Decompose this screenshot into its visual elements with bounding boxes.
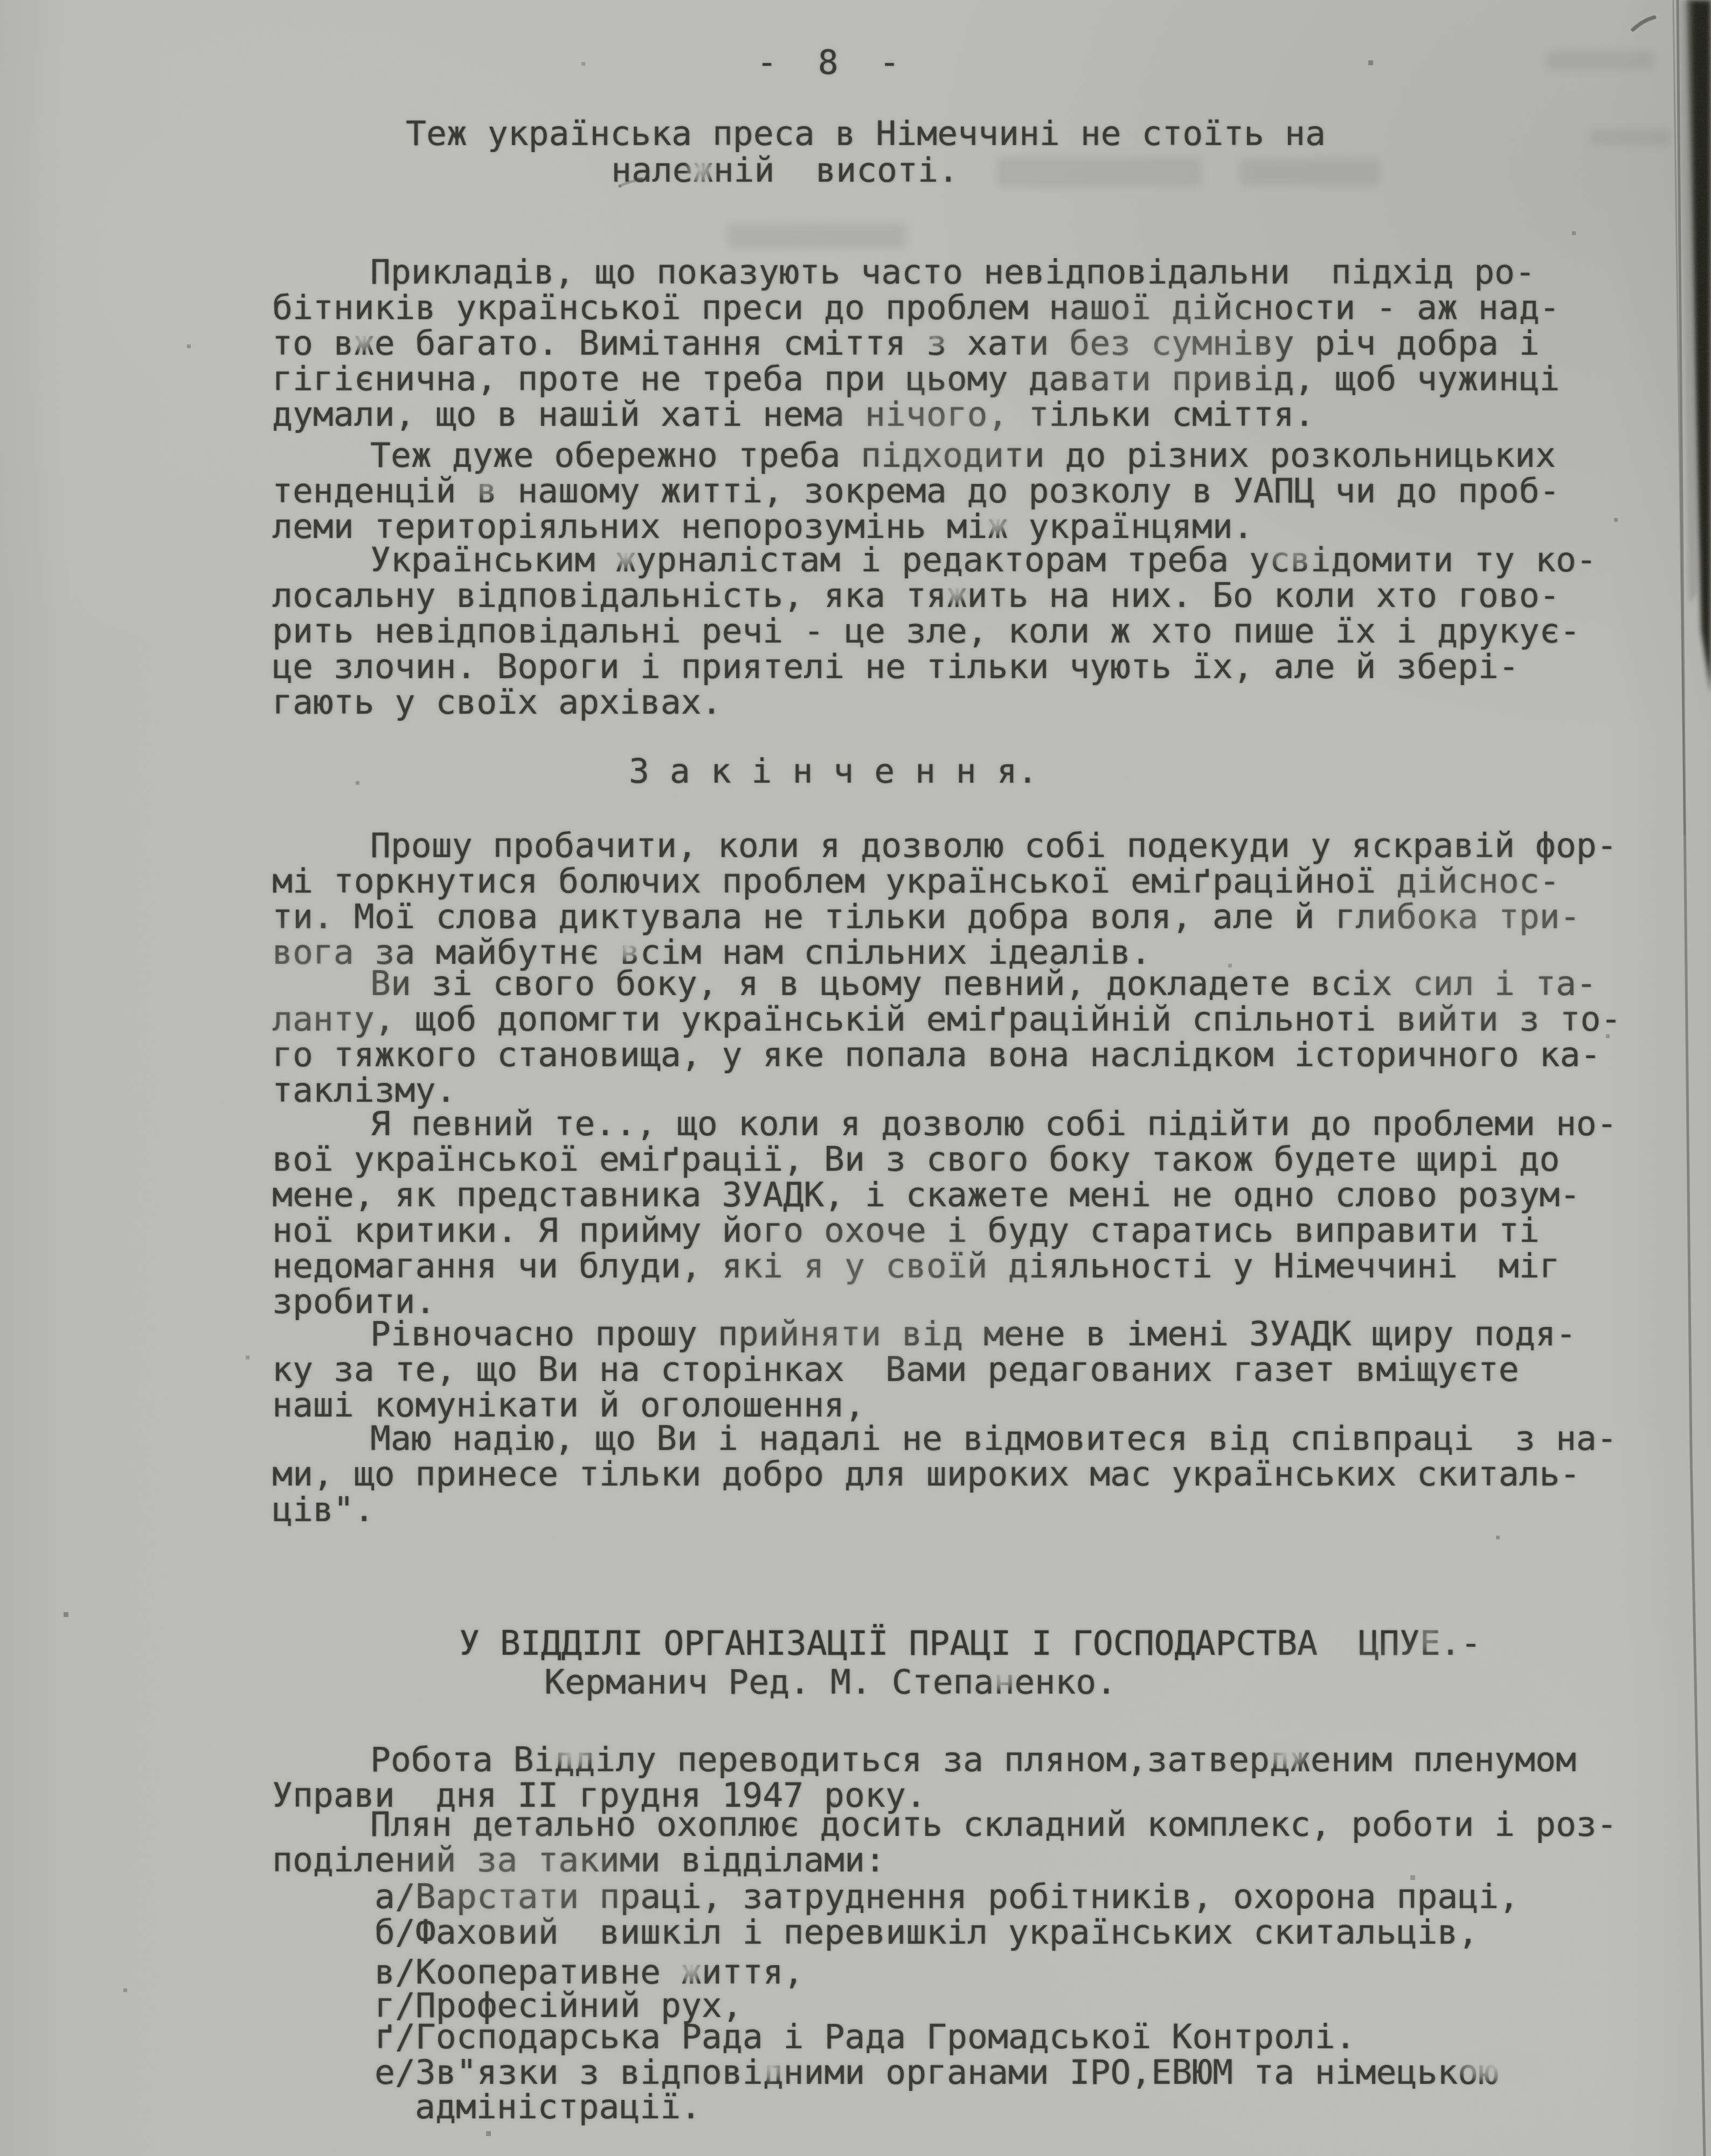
doc-title-line-2: належній висоті. bbox=[611, 149, 959, 191]
doc-title-line-1: Теж українська преса в Німеччині не стої… bbox=[406, 113, 1326, 155]
body-text-line: гають у своїх архівах. bbox=[272, 681, 722, 723]
dust-specks bbox=[0, 0, 1, 1]
bleedthrough-smudge bbox=[1239, 159, 1380, 186]
body-text-line: ців". bbox=[272, 1489, 375, 1531]
body-text-line: поділений за такими відділами: bbox=[272, 1839, 885, 1881]
section-title: У ВІДДІЛІ ОРГАНІЗАЦІЇ ПРАЦІ І ГОСПОДАРСТ… bbox=[459, 1622, 1481, 1664]
body-text-line: думали, що в нашій хаті нема нічого, тіл… bbox=[272, 393, 1314, 436]
paper-crease-line bbox=[1678, 0, 1705, 2156]
list-item-line: адміністрації. bbox=[415, 2086, 701, 2128]
page-number: - 8 - bbox=[757, 42, 900, 84]
list-item-line: б/Фаховий вишкіл і перевишкіл українськи… bbox=[375, 1911, 1478, 1953]
body-text-line: го тяжкого становища, у яке попала вона … bbox=[272, 1034, 1601, 1076]
pencil-tick bbox=[1633, 17, 1654, 30]
bleedthrough-smudge bbox=[1547, 51, 1654, 70]
body-text-line: ми, що принесе тільки добро для широких … bbox=[272, 1453, 1580, 1495]
paper-crease-line bbox=[1673, 0, 1685, 835]
black-corner-wedge bbox=[1687, 0, 1711, 693]
body-text-line: недомагання чи блуди, які я у своїй діял… bbox=[272, 1245, 1560, 1287]
closing-heading: З а к і н ч е н н я. bbox=[629, 750, 1038, 792]
bleedthrough-smudge bbox=[728, 224, 905, 248]
bleedthrough-smudge bbox=[1590, 129, 1671, 146]
bleedthrough-smudge bbox=[997, 157, 1202, 187]
section-subtitle: Керманич Ред. М. Степаненко. bbox=[544, 1661, 1117, 1703]
document-page: - 8 - Теж українська преса в Німеччині н… bbox=[0, 0, 1711, 2156]
